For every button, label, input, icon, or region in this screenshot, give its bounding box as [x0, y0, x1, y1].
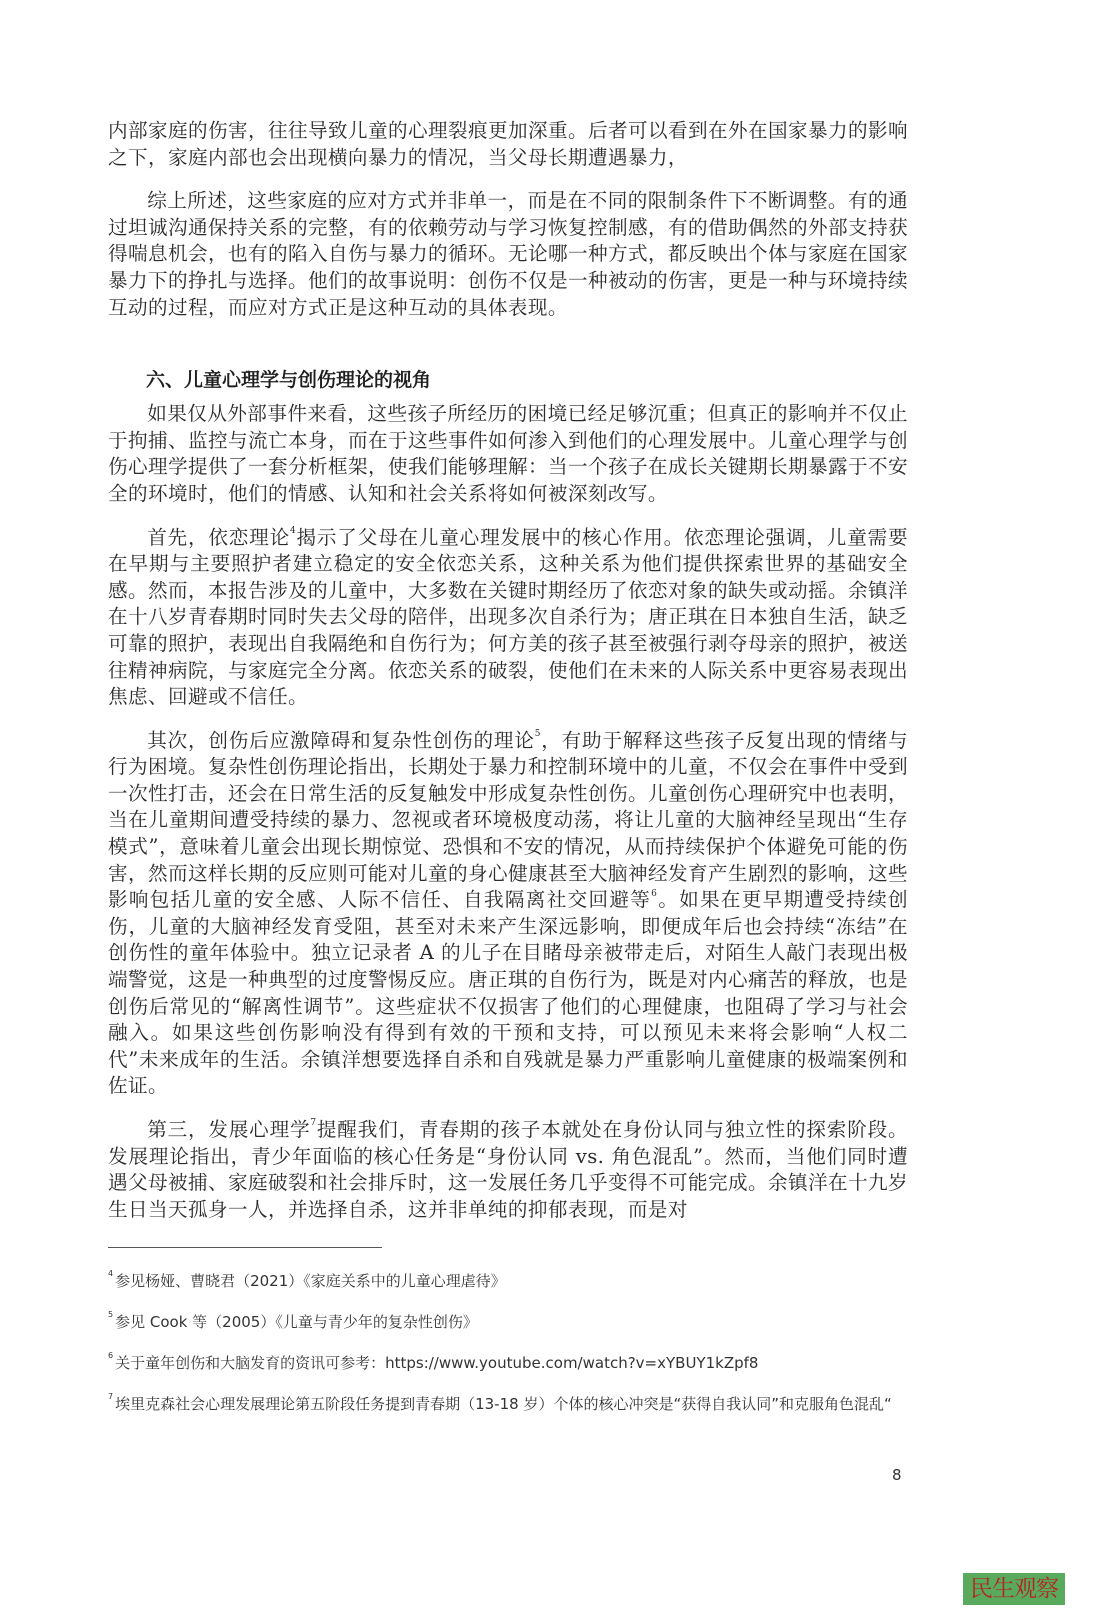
paragraph-text: 其次，创伤后应激障碍和复杂性创伤的理论 — [147, 729, 535, 752]
footnote-number: 4 — [108, 1269, 113, 1278]
watermark-logo: 民生观察 — [963, 1573, 1065, 1605]
body-paragraph-attachment-theory: 首先，依恋理论4揭示了父母在儿童心理发展中的核心作用。依恋理论强调，儿童需要在早… — [108, 525, 908, 711]
footnote-ref-4[interactable]: 4 — [290, 526, 296, 536]
body-paragraph-developmental-psychology: 第三，发展心理学7提醒我们，青春期的孩子本就处在身份认同与独立性的探索阶段。发展… — [108, 1117, 908, 1223]
footnote-text[interactable]: 关于童年创伤和大脑发育的资讯可参考：https://www.youtube.co… — [115, 1354, 758, 1372]
paragraph-text: 第三，发展心理学 — [147, 1118, 310, 1141]
paragraph-text: 。如果在更早期遭受持续创伤，儿童的大脑神经发育受阻，甚至对未来产生深远影响，即便… — [108, 888, 908, 1097]
footnote-5: 5参见 Cook 等（2005）《儿童与青少年的复杂性创伤》 — [108, 1309, 928, 1335]
paragraph-text: ，有助于解释这些孩子反复出现的情绪与行为困境。复杂性创伤理论指出，长期处于暴力和… — [108, 729, 908, 912]
footnote-number: 7 — [108, 1392, 113, 1401]
body-paragraph-trauma-theory: 其次，创伤后应激障碍和复杂性创伤的理论5，有助于解释这些孩子反复出现的情绪与行为… — [108, 728, 908, 1100]
body-paragraph-summary: 综上所述，这些家庭的应对方式并非单一，而是在不同的限制条件下不断调整。有的通过坦… — [108, 188, 908, 321]
footnote-number: 6 — [108, 1351, 113, 1360]
paragraph-text: 首先，依恋理论 — [147, 526, 290, 549]
footnote-6: 6关于童年创伤和大脑发育的资讯可参考：https://www.youtube.c… — [108, 1350, 928, 1376]
footnotes: 4参见杨娅、曹晓君（2021）《家庭关系中的儿童心理虐待》 5参见 Cook 等… — [108, 1268, 928, 1432]
footnote-text: 参见 Cook 等（2005）《儿童与青少年的复杂性创伤》 — [115, 1313, 478, 1331]
section-heading: 六、儿童心理学与创伤理论的视角 — [108, 367, 908, 393]
footnote-ref-6[interactable]: 6 — [651, 889, 657, 899]
body-paragraph-continued: 内部家庭的伤害，往往导致儿童的心理裂痕更加深重。后者可以看到在外在国家暴力的影响… — [108, 118, 908, 171]
footnote-ref-7[interactable]: 7 — [310, 1118, 316, 1128]
footnote-text: 参见杨娅、曹晓君（2021）《家庭关系中的儿童心理虐待》 — [115, 1272, 506, 1290]
footnote-4: 4参见杨娅、曹晓君（2021）《家庭关系中的儿童心理虐待》 — [108, 1268, 928, 1294]
footnote-number: 5 — [108, 1310, 113, 1319]
footnote-ref-5[interactable]: 5 — [535, 729, 541, 739]
footnote-text: 埃里克森社会心理发展理论第五阶段任务提到青春期（13-18 岁）个体的核心冲突是… — [115, 1395, 892, 1413]
document-page: 内部家庭的伤害，往往导致儿童的心理裂痕更加深重。后者可以看到在外在国家暴力的影响… — [108, 118, 908, 1223]
page-number: 8 — [892, 1466, 902, 1484]
paragraph-text: 揭示了父母在儿童心理发展中的核心作用。依恋理论强调，儿童需要在早期与主要照护者建… — [108, 526, 908, 709]
footnote-divider — [108, 1247, 382, 1248]
footnote-7: 7埃里克森社会心理发展理论第五阶段任务提到青春期（13-18 岁）个体的核心冲突… — [108, 1391, 908, 1417]
body-paragraph-intro: 如果仅从外部事件来看，这些孩子所经历的困境已经足够沉重；但真正的影响并不仅止于拘… — [108, 401, 908, 507]
